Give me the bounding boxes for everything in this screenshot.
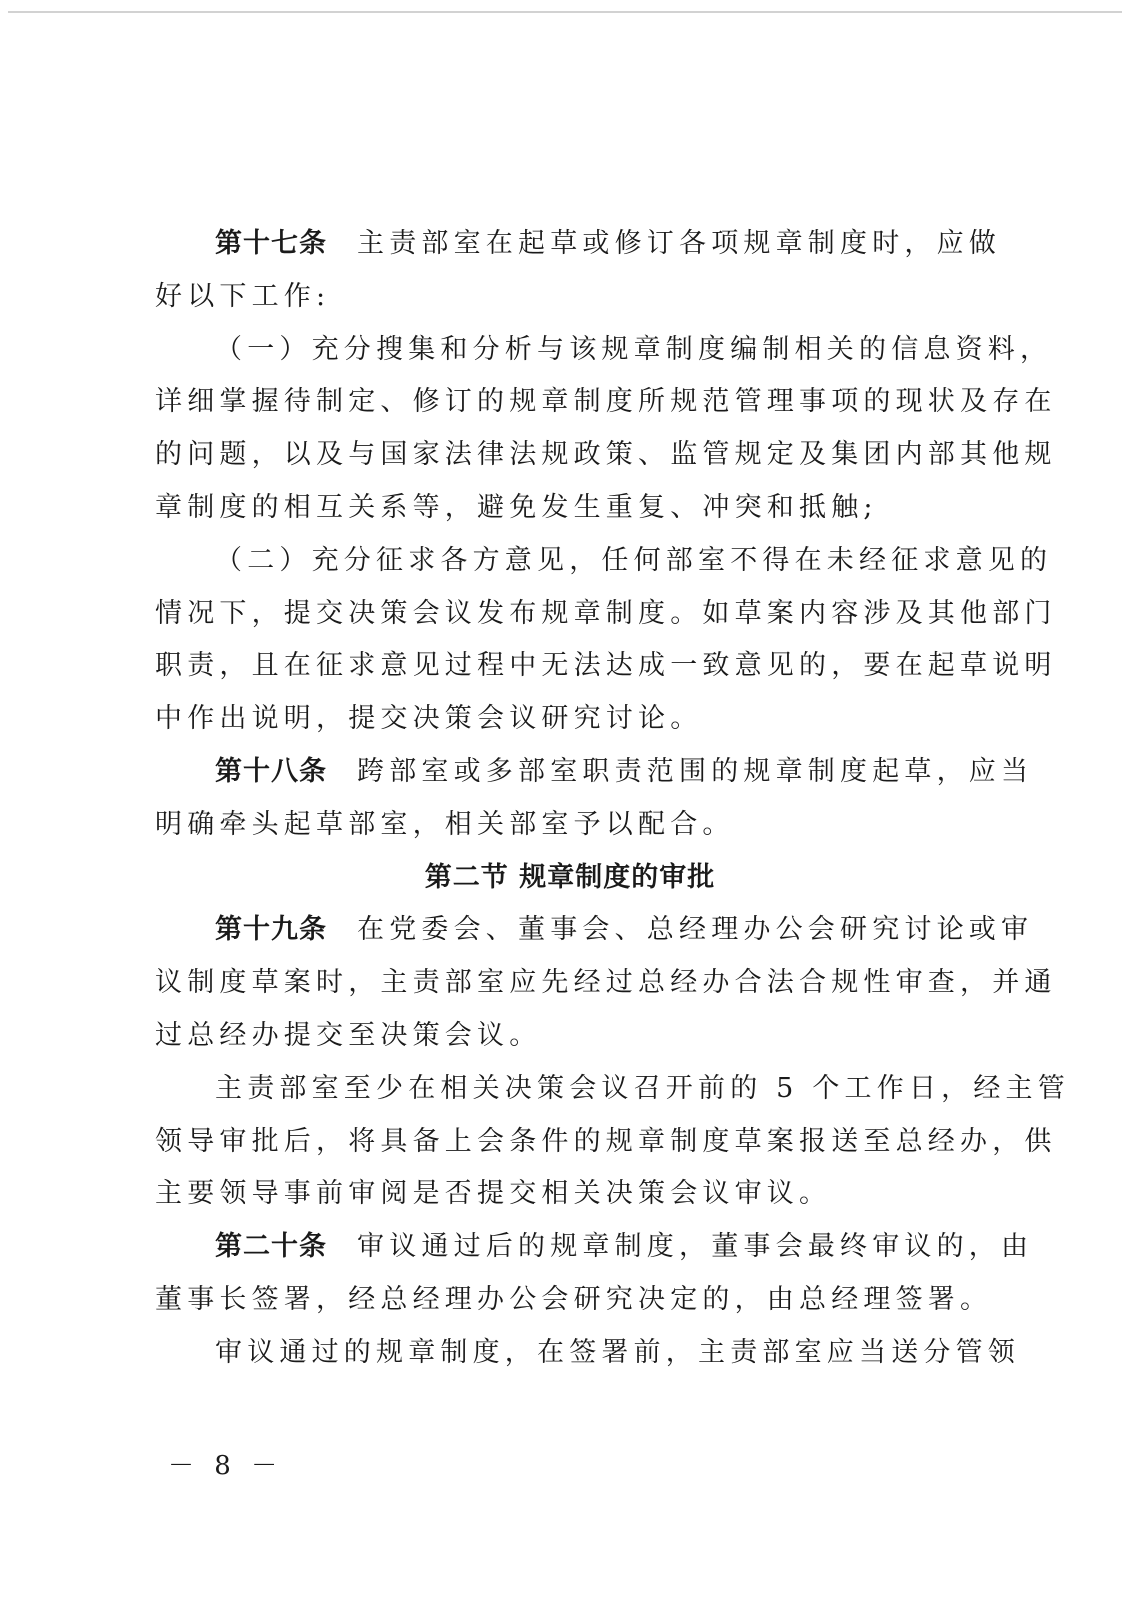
line-text: 中作出说明，提交决策会议研究讨论。: [155, 703, 702, 734]
paragraph-line: 领导审批后，将具备上会条件的规章制度草案报送至总经办，供: [155, 1116, 1057, 1168]
article-line: 第十七条主责部室在起草或修订各项规章制度时，应做: [215, 218, 1001, 270]
paragraph-line: 的问题，以及与国家法律法规政策、监管规定及集团内部其他规: [155, 429, 1057, 481]
paragraph-line: 中作出说明，提交决策会议研究讨论。: [155, 693, 702, 745]
article-line: 第十八条跨部室或多部室职责范围的规章制度起草，应当: [215, 746, 1033, 798]
paragraph-line: 主责部室至少在相关决策会议召开前的 5 个工作日，经主管: [215, 1063, 1070, 1115]
article-line: 第二十条审议通过后的规章制度，董事会最终审议的，由: [215, 1221, 1033, 1273]
line-text: 跨部室或多部室职责范围的规章制度起草，应当: [357, 756, 1033, 787]
paragraph-line: 章制度的相互关系等，避免发生重复、冲突和抵触;: [155, 482, 878, 534]
article-number: 第十八条: [215, 756, 327, 787]
paragraph-line: 情况下，提交决策会议发布规章制度。如草案内容涉及其他部门: [155, 588, 1057, 640]
line-text: 议制度草案时，主责部室应先经过总经办合法合规性审查，并通: [155, 967, 1057, 998]
paragraph-line: 审议通过的规章制度，在签署前，主责部室应当送分管领: [215, 1327, 1020, 1379]
line-text: 的问题，以及与国家法律法规政策、监管规定及集团内部其他规: [155, 439, 1057, 470]
paragraph-line: （一）充分搜集和分析与该规章制度编制相关的信息资料，: [215, 324, 1052, 376]
paragraph-line: （二）充分征求各方意见，任何部室不得在未经征求意见的: [215, 535, 1052, 587]
line-text: 主要领导事前审阅是否提交相关决策会议审议。: [155, 1178, 831, 1209]
line-text: 主责部室在起草或修订各项规章制度时，应做: [357, 228, 1001, 259]
line-text: 明确牵头起草部室，相关部室予以配合。: [155, 809, 735, 840]
line-text: 好以下工作:: [155, 281, 330, 312]
line-text: 章制度的相互关系等，避免发生重复、冲突和抵触;: [155, 492, 878, 523]
line-text: 领导审批后，将具备上会条件的规章制度草案报送至总经办，供: [155, 1126, 1057, 1157]
line-text: 详细掌握待制定、修订的规章制度所规范管理事项的现状及存在: [155, 386, 1057, 417]
article-number: 第十七条: [215, 228, 327, 259]
line-text: （一）充分搜集和分析与该规章制度编制相关的信息资料，: [215, 334, 1052, 365]
paragraph-line: 董事长签署，经总经理办公会研究决定的，由总经理签署。: [155, 1274, 992, 1326]
paragraph-line: 详细掌握待制定、修订的规章制度所规范管理事项的现状及存在: [155, 376, 1057, 428]
paragraph-line: 明确牵头起草部室，相关部室予以配合。: [155, 799, 735, 851]
paragraph-line: 主要领导事前审阅是否提交相关决策会议审议。: [155, 1168, 831, 1220]
line-text: 在党委会、董事会、总经理办公会研究讨论或审: [357, 914, 1033, 945]
line-text: 过总经办提交至决策会议。: [155, 1020, 541, 1051]
paragraph-line: 议制度草案时，主责部室应先经过总经办合法合规性审查，并通: [155, 957, 1057, 1009]
line-text: 董事长签署，经总经理办公会研究决定的，由总经理签署。: [155, 1284, 992, 1315]
line-text: 职责，且在征求意见过程中无法达成一致意见的，要在起草说明: [155, 650, 1057, 681]
line-text: （二）充分征求各方意见，任何部室不得在未经征求意见的: [215, 545, 1052, 576]
page-number: － 8 －: [168, 1445, 283, 1482]
paragraph-line: 职责，且在征求意见过程中无法达成一致意见的，要在起草说明: [155, 640, 1057, 692]
article-number: 第二十条: [215, 1231, 327, 1262]
scan-edge-line: [8, 11, 1122, 13]
line-text: 情况下，提交决策会议发布规章制度。如草案内容涉及其他部门: [155, 598, 1057, 629]
section-title: 第二节 规章制度的审批: [155, 852, 985, 904]
line-text: 审议通过后的规章制度，董事会最终审议的，由: [357, 1231, 1033, 1262]
paragraph-line: 过总经办提交至决策会议。: [155, 1010, 541, 1062]
paragraph-line: 好以下工作:: [155, 271, 330, 323]
article-line: 第十九条在党委会、董事会、总经理办公会研究讨论或审: [215, 904, 1033, 956]
line-text: 主责部室至少在相关决策会议召开前的 5 个工作日，经主管: [215, 1073, 1070, 1104]
line-text: 审议通过的规章制度，在签署前，主责部室应当送分管领: [215, 1337, 1020, 1368]
article-number: 第十九条: [215, 914, 327, 945]
